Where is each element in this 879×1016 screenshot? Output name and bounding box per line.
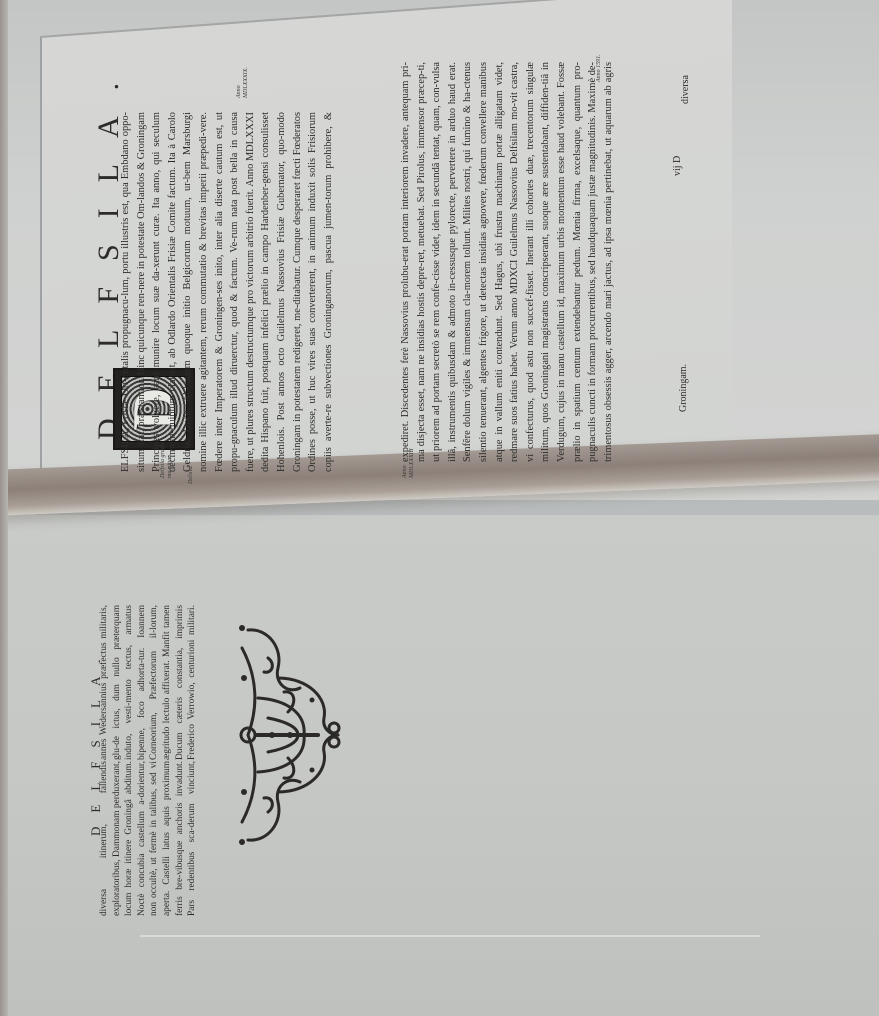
margin-note: Delsila. — [188, 444, 195, 484]
margin-note: Delfsila gratia mu-nitum. — [160, 438, 174, 478]
signature-mark: vij D — [672, 156, 683, 176]
text-column-left: ELFSILA, Frisiæ Ori-entalis propugnacu-l… — [118, 112, 343, 472]
text-column-right: expediret. Discedentes ferè Nassovius pr… — [398, 62, 618, 462]
lower-text-column-right: annes Wedersannius præfectus militaris, … — [98, 605, 198, 760]
margin-note: Anno MDLXXXIII — [402, 438, 416, 478]
catchword: diversa — [680, 75, 691, 104]
lower-text-column-left: diversa itinerum, fallendis exploratorib… — [98, 761, 198, 916]
paragraph: ELFSILA, Frisiæ Ori-entalis propugnacu-l… — [118, 112, 343, 472]
paragraph: expediret. Discedentes ferè Nassovius pr… — [398, 62, 618, 462]
margin-note: Anno 1591. — [596, 42, 603, 82]
paper-crease — [140, 935, 760, 937]
paragraph: diversa itinerum, fallendis exploratorib… — [98, 761, 198, 916]
margin-note: Anno MDLXXXIX. — [236, 58, 250, 98]
tailpiece-ornament-icon — [228, 618, 346, 852]
footer-catchword-left: Groningam. — [678, 364, 689, 412]
paper-edge — [0, 0, 8, 1016]
paragraph: annes Wedersannius præfectus militaris, … — [98, 605, 198, 760]
